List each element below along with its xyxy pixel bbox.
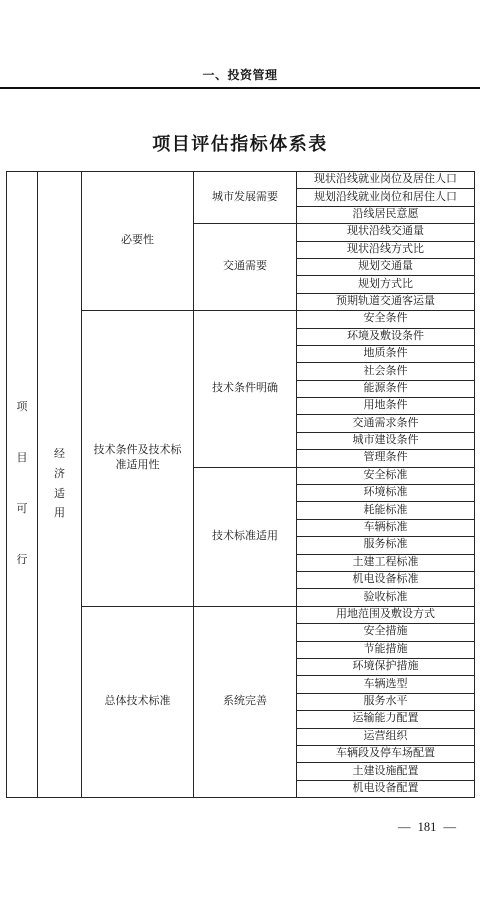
- item-cell: 环境保护措施: [297, 658, 475, 675]
- item-cell: 安全条件: [297, 311, 475, 328]
- item-cell: 车辆标准: [297, 519, 475, 536]
- item-cell: 服务水平: [297, 693, 475, 710]
- item-cell: 环境及敷设条件: [297, 328, 475, 345]
- indicator-table: 项目可行经济适用必要性城市发展需要现状沿线就业岗位及居住人口规划沿线就业岗位和居…: [6, 171, 475, 798]
- section-cell: 技术条件及技术标准适用性: [82, 311, 194, 607]
- item-cell: 地质条件: [297, 345, 475, 362]
- item-cell: 规划沿线就业岗位和居住人口: [297, 189, 475, 206]
- section-label: 必要性: [121, 233, 154, 249]
- item-cell: 规划方式比: [297, 276, 475, 293]
- item-cell: 社会条件: [297, 363, 475, 380]
- section-label: 总体技术标准: [105, 694, 171, 710]
- item-cell: 机电设备配置: [297, 780, 475, 797]
- item-cell: 现状沿线就业岗位及居住人口: [297, 172, 475, 189]
- item-cell: 城市建设条件: [297, 432, 475, 449]
- item-cell: 土建设施配置: [297, 763, 475, 780]
- table-row: 项目可行经济适用必要性城市发展需要现状沿线就业岗位及居住人口: [7, 172, 475, 189]
- item-cell: 耗能标准: [297, 502, 475, 519]
- page-number: — 181 —: [0, 820, 480, 835]
- item-cell: 能源条件: [297, 380, 475, 397]
- group-cell: 系统完善: [194, 606, 297, 797]
- item-cell: 安全标准: [297, 467, 475, 484]
- item-cell: 运营组织: [297, 728, 475, 745]
- item-cell: 沿线居民意愿: [297, 206, 475, 223]
- item-cell: 运输能力配置: [297, 711, 475, 728]
- group-cell: 城市发展需要: [194, 172, 297, 224]
- item-cell: 现状沿线交通量: [297, 224, 475, 241]
- item-cell: 规划交通量: [297, 258, 475, 275]
- row-header-economic-applicable: 经济适用: [38, 172, 82, 798]
- item-cell: 车辆选型: [297, 676, 475, 693]
- section-cell: 总体技术标准: [82, 606, 194, 797]
- item-cell: 现状沿线方式比: [297, 241, 475, 258]
- header-rule: [0, 87, 480, 89]
- section-cell: 必要性: [82, 172, 194, 311]
- item-cell: 环境标准: [297, 485, 475, 502]
- document-page: 一、投资管理 项目评估指标体系表 项目可行经济适用必要性城市发展需要现状沿线就业…: [0, 0, 480, 906]
- item-cell: 服务标准: [297, 537, 475, 554]
- vertical-text: 项目可行: [7, 383, 37, 587]
- item-cell: 管理条件: [297, 450, 475, 467]
- item-cell: 车辆段及停车场配置: [297, 745, 475, 762]
- item-cell: 交通需求条件: [297, 415, 475, 432]
- item-cell: 节能措施: [297, 641, 475, 658]
- item-cell: 用地条件: [297, 398, 475, 415]
- group-cell: 技术条件明确: [194, 311, 297, 468]
- row-header-project-feasible: 项目可行: [7, 172, 38, 798]
- item-cell: 验收标准: [297, 589, 475, 606]
- group-cell: 技术标准适用: [194, 467, 297, 606]
- group-cell: 交通需要: [194, 224, 297, 311]
- item-cell: 安全措施: [297, 624, 475, 641]
- page-title: 项目评估指标体系表: [0, 130, 480, 156]
- indicator-table-body: 项目可行经济适用必要性城市发展需要现状沿线就业岗位及居住人口规划沿线就业岗位和居…: [7, 172, 475, 798]
- running-head: 一、投资管理: [0, 66, 480, 83]
- section-label: 技术条件及技术标准适用性: [93, 443, 183, 475]
- vertical-text: 经济适用: [38, 445, 81, 525]
- item-cell: 机电设备标准: [297, 571, 475, 588]
- item-cell: 土建工程标准: [297, 554, 475, 571]
- item-cell: 用地范围及敷设方式: [297, 606, 475, 623]
- item-cell: 预期轨道交通客运量: [297, 293, 475, 310]
